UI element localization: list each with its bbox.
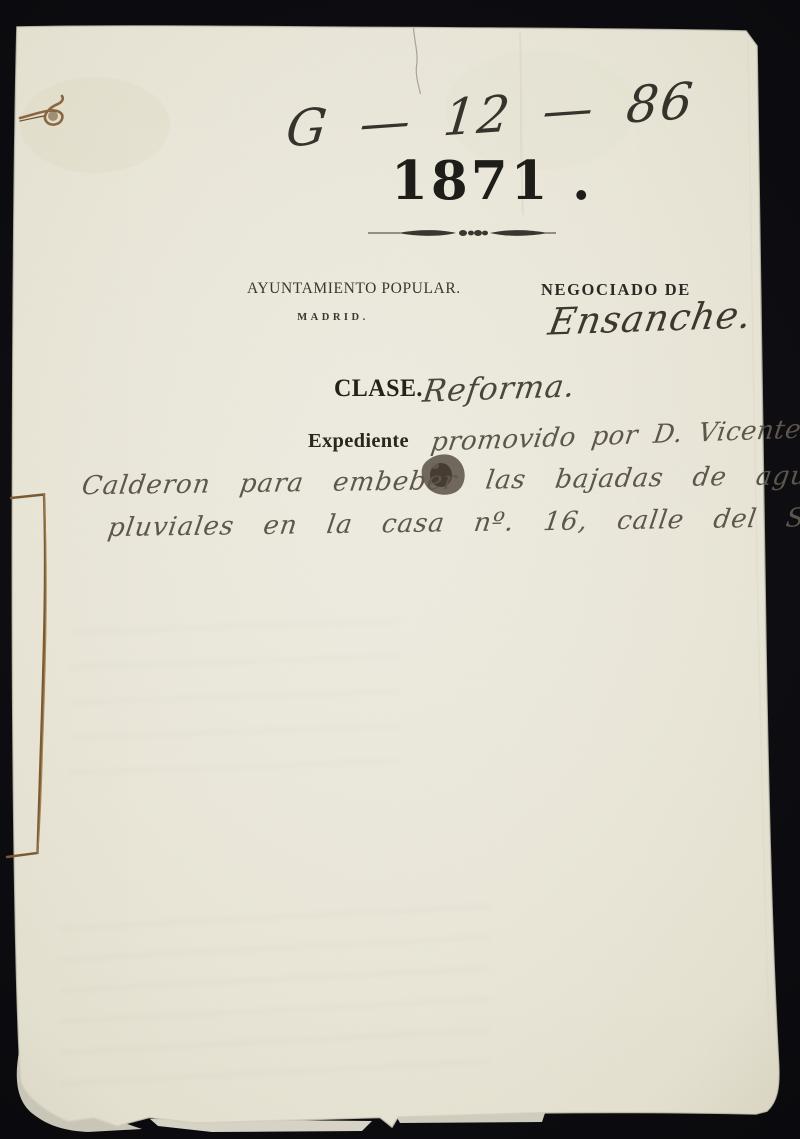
org-name: AYUNTAMIENTO POPULAR.	[247, 280, 419, 298]
clase-label: CLASE.	[334, 375, 423, 403]
photo-stage: G — 12 — 86 1871 . AYUNTAMIENTO POPULAR.…	[0, 0, 800, 1139]
org-city: MADRID.	[247, 312, 419, 323]
clase-value-handwriting: Reforma.	[421, 368, 578, 410]
paper-stain	[20, 77, 170, 173]
ornamental-divider	[366, 226, 558, 240]
year-heading: 1871 .	[391, 150, 593, 212]
expediente-label: Expediente	[308, 430, 409, 453]
negociado-value-handwriting: Ensanche.	[545, 293, 755, 343]
